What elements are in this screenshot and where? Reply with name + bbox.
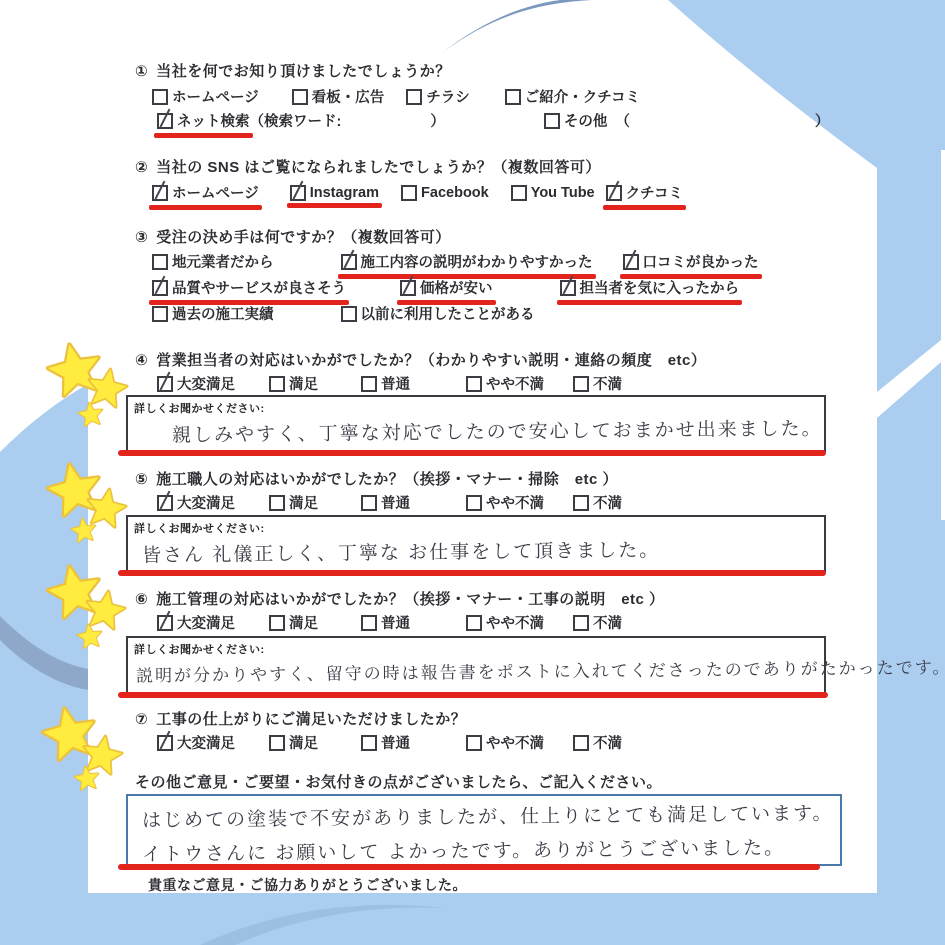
option-label: 普通 [381,373,410,394]
checkbox-option-homepage[interactable]: ホームページ [152,86,259,107]
rating-dissatisfied[interactable]: 不満 [573,373,622,394]
handwritten-comment: 親しみやすく、丁寧な対応でしたので安心しておまかせ出来ました。 [172,414,824,448]
question-2-title: ②当社の SNS はご覧になられましたでしょうか？（複数回答可） [135,156,601,177]
checkbox-icon[interactable] [505,89,521,105]
checkbox-checked-icon[interactable] [606,185,622,201]
option-label: やや不満 [486,732,544,753]
other-comments-heading: その他ご意見・ご要望・お気付きの点がございましたら、ご記入ください。 [135,771,662,792]
checkbox-checked-icon[interactable] [560,280,576,296]
checkbox-option-cheap-price[interactable]: 価格が安い [400,277,493,298]
option-label: Instagram [310,185,379,201]
rating-somewhat-dissatisfied[interactable]: やや不満 [466,492,544,513]
checkbox-icon[interactable] [466,615,482,631]
checkbox-icon[interactable] [269,495,285,511]
checkbox-icon[interactable] [269,376,285,392]
checkbox-option-instagram[interactable]: Instagram [290,185,379,201]
option-label: 大変満足 [177,373,235,394]
option-label: 担当者を気に入ったから [580,277,740,298]
option-label: ホームページ [172,182,259,203]
thank-you-footer: 貴重なご意見・ご協力ありがとうございました。 [148,875,467,895]
question-4-title: ④営業担当者の対応はいかがでしたか？（わかりやすい説明・連絡の頻度 etc） [135,349,706,370]
checkbox-checked-icon[interactable] [341,254,357,270]
checkbox-icon[interactable] [466,495,482,511]
checkbox-icon[interactable] [466,376,482,392]
handwritten-comment-line1: はじめての塗装で不安がありましたが、仕上りにとても満足しています。 [142,798,840,832]
question-text: 施工管理の対応はいかがでしたか？（挨拶・マナー・工事の説明 etc ） [156,591,664,608]
question-text: 工事の仕上がりにご満足いただけましたか？ [156,711,466,728]
question-5-title: ⑤施工職人の対応はいかがでしたか？（挨拶・マナー・掃除 etc ） [135,468,618,489]
checkbox-checked-icon[interactable] [152,280,168,296]
red-marker-underline [118,570,826,576]
paren-close: ） [815,110,830,131]
checkbox-option-clear-explanation[interactable]: 施工内容の説明がわかりやすかった [341,251,593,272]
question-text: 施工職人の対応はいかがでしたか？（挨拶・マナー・掃除 etc ） [156,471,618,488]
question-number: ③ [135,229,148,246]
rating-somewhat-dissatisfied[interactable]: やや不満 [466,373,544,394]
checkbox-icon[interactable] [573,735,589,751]
q3-options-row1: 地元業者だから 施工内容の説明がわかりやすかった 口コミが良かった [152,251,759,272]
option-label: 満足 [289,612,318,633]
checkbox-option-past-work[interactable]: 過去の施工実績 [152,303,274,324]
option-label: 不満 [593,492,622,513]
q4-comment-box[interactable]: 詳しくお聞かせください: 親しみやすく、丁寧な対応でしたので安心しておまかせ出来… [126,395,826,452]
checkbox-icon[interactable] [361,376,377,392]
rating-dissatisfied[interactable]: 不満 [573,612,622,633]
option-label: ご紹介・クチコミ [525,86,640,107]
handwritten-comment-line2: イトウさんに お願いして よかったです。ありがとうございました。 [142,832,840,866]
checkbox-option-other[interactable]: その他 [544,110,608,131]
option-label: 看板・広告 [312,86,385,107]
question-number: ② [135,159,148,176]
checkbox-icon[interactable] [401,185,417,201]
option-label: チラシ [426,86,470,107]
checkbox-option-local[interactable]: 地元業者だから [152,251,274,272]
survey-form: ①当社を何でお知り頂けましたでしょうか？ ホームページ 看板・広告 チラシ ご紹… [0,0,945,945]
rating-neutral[interactable]: 普通 [361,373,410,394]
checkbox-option-referral[interactable]: ご紹介・クチコミ [505,86,640,107]
option-label: 不満 [593,732,622,753]
rating-very-satisfied[interactable]: 大変満足 [157,612,235,633]
rating-very-satisfied[interactable]: 大変満足 [157,492,235,513]
heading-text: その他ご意見・ご要望・お気付きの点がございましたら、ご記入ください。 [135,774,662,791]
option-label: 満足 [289,492,318,513]
q1-options-row1: ホームページ 看板・広告 チラシ ご紹介・クチコミ [152,86,640,107]
checkbox-checked-icon[interactable] [157,615,173,631]
checkbox-icon[interactable] [292,89,308,105]
checkbox-icon[interactable] [466,735,482,751]
checkbox-icon[interactable] [406,89,422,105]
question-number: ⑥ [135,591,148,608]
handwritten-comment: 説明が分かりやすく、留守の時は報告書をポストに入れてくださったのでありがたかった… [136,654,824,686]
question-number: ⑤ [135,471,148,488]
checkbox-checked-icon[interactable] [157,735,173,751]
red-marker-underline [118,864,820,870]
question-7-title: ⑦工事の仕上がりにご満足いただけましたか？ [135,708,466,729]
checkbox-checked-icon[interactable] [152,185,168,201]
checkbox-option-facebook[interactable]: Facebook [401,185,489,201]
checkbox-option-kuchikomi[interactable]: クチコミ [606,182,683,203]
question-text: 当社を何でお知り頂けましたでしょうか？ [156,63,451,80]
option-label: Facebook [421,185,489,201]
option-label: やや不満 [486,492,544,513]
q5-comment-box[interactable]: 詳しくお聞かせください: 皆さん 礼儀正しく、丁寧な お仕事をして頂きました。 [126,515,826,572]
option-label: 大変満足 [177,612,235,633]
option-label: 地元業者だから [172,251,274,272]
checkbox-option-good-reviews[interactable]: 口コミが良かった [623,251,759,272]
q6-comment-box[interactable]: 詳しくお聞かせください: 説明が分かりやすく、留守の時は報告書をポストに入れてく… [126,636,826,695]
rating-very-satisfied[interactable]: 大変満足 [157,732,235,753]
comment-prompt-label: 詳しくお聞かせください: [128,517,824,536]
question-number: ④ [135,352,148,369]
option-label: 普通 [381,492,410,513]
option-label: 不満 [593,612,622,633]
q3-options-row3: 過去の施工実績 以前に利用したことがある [152,303,535,324]
question-3-title: ③受注の決め手は何ですか？（複数回答可） [135,226,451,247]
question-text: 営業担当者の対応はいかがでしたか？（わかりやすい説明・連絡の頻度 etc） [156,352,706,369]
checkbox-icon[interactable] [511,185,527,201]
rating-satisfied[interactable]: 満足 [269,492,318,513]
checkbox-option-liked-rep[interactable]: 担当者を気に入ったから [560,277,740,298]
checkbox-icon[interactable] [573,495,589,511]
question-text: 当社の SNS はご覧になられましたでしょうか？（複数回答可） [156,159,601,176]
checkbox-checked-icon[interactable] [157,113,173,129]
search-word-label: （検索ワード: [250,110,342,131]
option-label: 大変満足 [177,492,235,513]
option-label: 施工内容の説明がわかりやすかった [361,251,593,272]
option-label: 不満 [593,373,622,394]
checkbox-option-signage[interactable]: 看板・広告 [292,86,385,107]
option-label: You Tube [531,185,595,201]
question-1-title: ①当社を何でお知り頂けましたでしょうか？ [135,60,451,81]
checkbox-icon[interactable] [269,615,285,631]
option-label: 満足 [289,732,318,753]
question-number: ⑦ [135,711,148,728]
comment-prompt-label: 詳しくお聞かせください: [128,397,824,416]
option-label: 大変満足 [177,732,235,753]
option-label: やや不満 [486,373,544,394]
q2-options-row: ホームページ Instagram Facebook You Tube クチコミ [152,182,683,203]
checkbox-checked-icon[interactable] [157,376,173,392]
option-label: クチコミ [626,182,683,203]
option-label: その他 [564,110,608,131]
question-6-title: ⑥施工管理の対応はいかがでしたか？（挨拶・マナー・工事の説明 etc ） [135,588,665,609]
checkbox-option-homepage[interactable]: ホームページ [152,182,259,203]
rating-dissatisfied[interactable]: 不満 [573,732,622,753]
red-marker-underline [118,692,828,698]
checkbox-checked-icon[interactable] [400,280,416,296]
q3-options-row2: 品質やサービスが良さそう 価格が安い 担当者を気に入ったから [152,277,739,298]
checkbox-checked-icon[interactable] [623,254,639,270]
checkbox-icon[interactable] [573,615,589,631]
option-label: 品質やサービスが良さそう [172,277,346,298]
q7-rating-row: 大変満足 満足 普通 やや不満 不満 [157,732,622,753]
checkbox-icon[interactable] [152,254,168,270]
other-comments-box[interactable]: はじめての塗装で不安がありましたが、仕上りにとても満足しています。 イトウさんに… [126,794,842,866]
q4-rating-row: 大変満足 満足 普通 やや不満 不満 [157,373,622,394]
checkbox-option-quality-service[interactable]: 品質やサービスが良さそう [152,277,346,298]
q6-rating-row: 大変満足 満足 普通 やや不満 不満 [157,612,622,633]
option-label: ホームページ [172,86,259,107]
paren-close: ） [430,110,445,131]
question-text: 受注の決め手は何ですか？（複数回答可） [156,229,451,246]
rating-neutral[interactable]: 普通 [361,612,410,633]
rating-neutral[interactable]: 普通 [361,492,410,513]
rating-somewhat-dissatisfied[interactable]: やや不満 [466,612,544,633]
q5-rating-row: 大変満足 満足 普通 やや不満 不満 [157,492,622,513]
option-label: やや不満 [486,612,544,633]
checkbox-icon[interactable] [361,495,377,511]
checkbox-icon[interactable] [573,376,589,392]
option-label: 満足 [289,373,318,394]
option-label: 以前に利用したことがある [361,303,535,324]
paren-open: （ [615,110,630,131]
comment-prompt-label: 詳しくお聞かせください: [128,638,824,657]
option-label: ネット検索 [177,110,250,131]
checkbox-icon[interactable] [361,615,377,631]
red-marker-underline [118,450,826,456]
question-number: ① [135,63,148,80]
rating-neutral[interactable]: 普通 [361,732,410,753]
q1-options-row2: ネット検索 （検索ワード: ） その他 （ ） [157,110,829,131]
option-label: 普通 [381,612,410,633]
checkbox-option-flyer[interactable]: チラシ [406,86,470,107]
option-label: 価格が安い [420,277,493,298]
rating-satisfied[interactable]: 満足 [269,732,318,753]
checkbox-icon[interactable] [269,735,285,751]
checkbox-checked-icon[interactable] [157,495,173,511]
checkbox-icon[interactable] [152,306,168,322]
option-label: 口コミが良かった [643,251,759,272]
checkbox-option-net-search[interactable]: ネット検索 [157,110,250,131]
rating-satisfied[interactable]: 満足 [269,612,318,633]
option-label: 過去の施工実績 [172,303,274,324]
checkbox-checked-icon[interactable] [290,185,306,201]
option-label: 普通 [381,732,410,753]
rating-dissatisfied[interactable]: 不満 [573,492,622,513]
survey-scan-page: ①当社を何でお知り頂けましたでしょうか？ ホームページ 看板・広告 チラシ ご紹… [0,0,945,945]
handwritten-comment: 皆さん 礼儀正しく、丁寧な お仕事をして頂きました。 [142,533,824,567]
checkbox-icon[interactable] [544,113,560,129]
rating-satisfied[interactable]: 満足 [269,373,318,394]
rating-very-satisfied[interactable]: 大変満足 [157,373,235,394]
checkbox-icon[interactable] [341,306,357,322]
checkbox-option-used-before[interactable]: 以前に利用したことがある [341,303,535,324]
checkbox-icon[interactable] [361,735,377,751]
checkbox-icon[interactable] [152,89,168,105]
checkbox-option-youtube[interactable]: You Tube [511,185,595,201]
rating-somewhat-dissatisfied[interactable]: やや不満 [466,732,544,753]
